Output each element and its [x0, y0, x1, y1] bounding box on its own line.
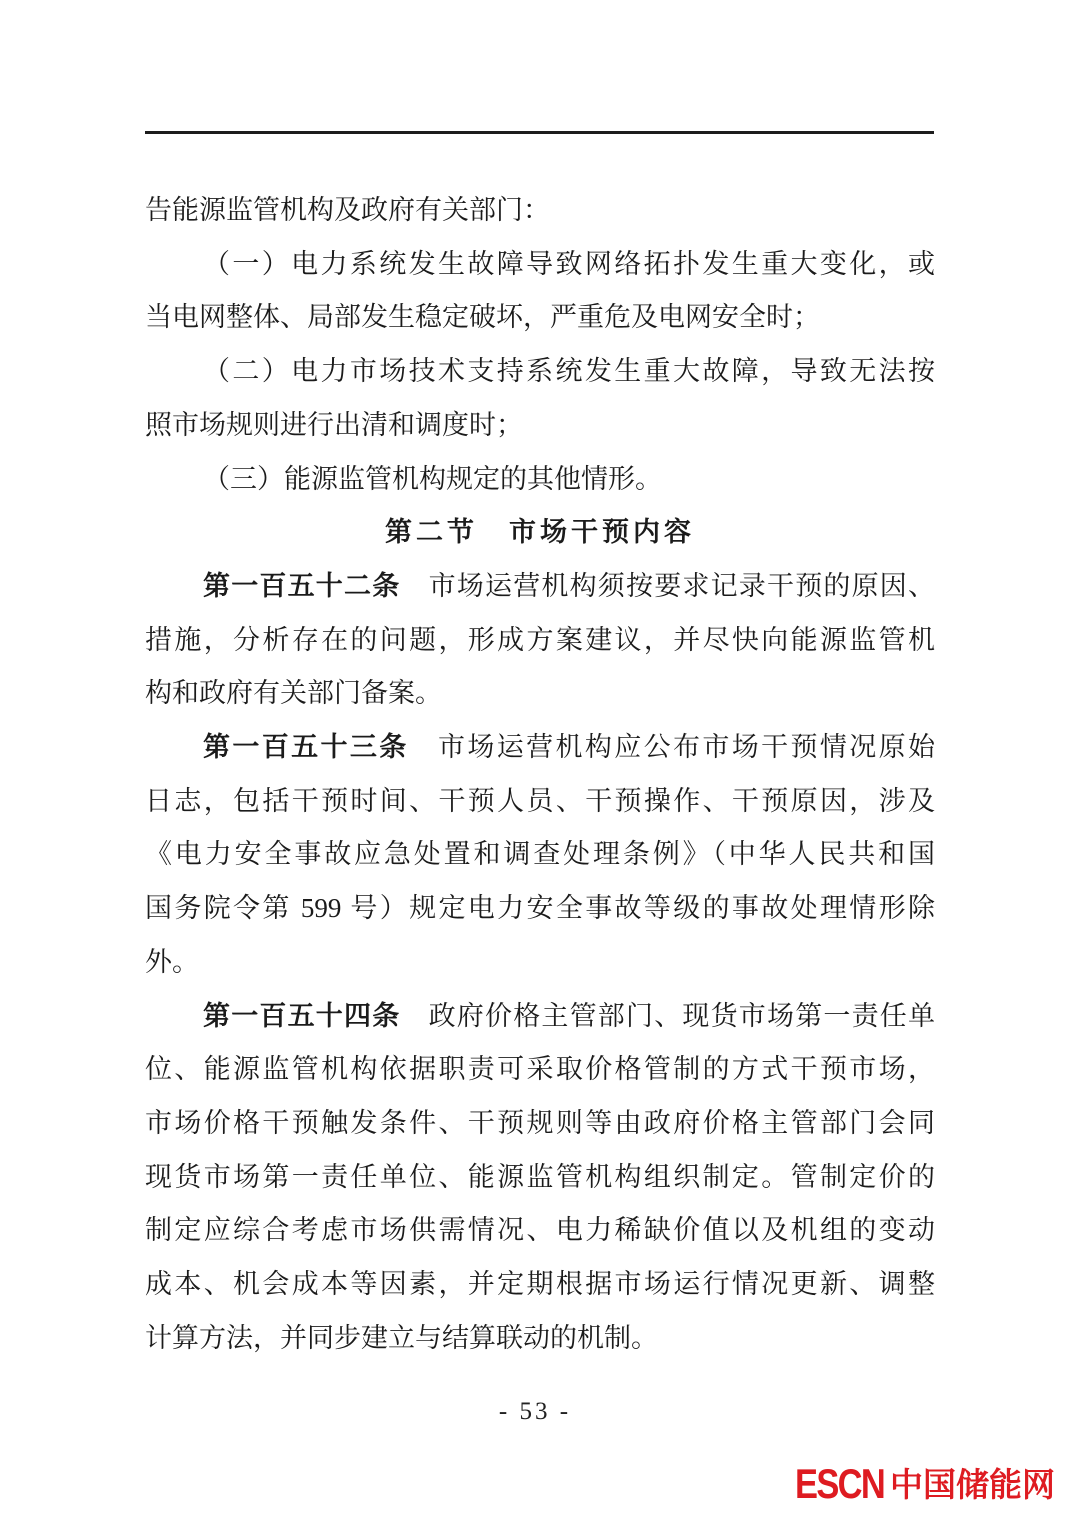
text-line: 第一百五十二条 市场运营机构须按要求记录干预的原因、	[145, 560, 935, 614]
text-segment: 告能源监管机构及政府有关部门：	[145, 195, 550, 225]
text-segment: 构和政府有关部门备案。	[145, 678, 442, 708]
text-segment: 措施，分析存在的问题，形成方案建议，并尽快向能源监管机	[145, 625, 935, 655]
text-segment: 位、能源监管机构依据职责可采取价格管制的方式干预市场，	[145, 1054, 935, 1084]
text-segment-bold: 第二节 市场干预内容	[385, 517, 695, 547]
text-line: 第一百五十四条 政府价格主管部门、现货市场第一责任单	[145, 990, 935, 1044]
text-segment-bold: 第一百五十四条	[203, 1001, 400, 1031]
text-segment-bold: 第一百五十二条	[203, 571, 400, 601]
text-line: 成本、机会成本等因素，并定期根据市场运行情况更新、调整	[145, 1258, 935, 1312]
text-segment: （一）电力系统发生故障导致网络拓扑发生重大变化，或	[203, 249, 935, 279]
text-line: （一）电力系统发生故障导致网络拓扑发生重大变化，或	[145, 238, 935, 292]
text-line: 国务院令第 599 号）规定电力安全事故等级的事故处理情形除	[145, 882, 935, 936]
escn-logo: ESCN 中国储能网	[795, 1463, 1055, 1505]
text-line: 照市场规则进行出清和调度时；	[145, 399, 935, 453]
text-line: 告能源监管机构及政府有关部门：	[145, 184, 935, 238]
document-page: 告能源监管机构及政府有关部门：（一）电力系统发生故障导致网络拓扑发生重大变化，或…	[0, 0, 1080, 1527]
text-line: （二）电力市场技术支持系统发生重大故障，导致无法按	[145, 345, 935, 399]
text-segment-bold: 第一百五十三条	[203, 732, 409, 762]
text-line: 计算方法，并同步建立与结算联动的机制。	[145, 1312, 935, 1366]
text-segment: 政府价格主管部门、现货市场第一责任单	[400, 1001, 935, 1031]
text-segment: 《电力安全事故应急处置和调查处理条例》（中华人民共和国	[145, 839, 935, 869]
text-line: 制定应综合考虑市场供需情况、电力稀缺价值以及机组的变动	[145, 1204, 935, 1258]
text-line: （三）能源监管机构规定的其他情形。	[145, 453, 935, 507]
escn-logo-latin: ESCN	[795, 1463, 884, 1505]
text-line: 日志，包括干预时间、干预人员、干预操作、干预原因，涉及	[145, 775, 935, 829]
text-segment: 现货市场第一责任单位、能源监管机构组织制定。管制定价的	[145, 1162, 935, 1192]
text-line: 位、能源监管机构依据职责可采取价格管制的方式干预市场，	[145, 1043, 935, 1097]
text-line: 当电网整体、局部发生稳定破坏，严重危及电网安全时；	[145, 291, 935, 345]
header-rule	[145, 131, 934, 134]
text-segment: 计算方法，并同步建立与结算联动的机制。	[145, 1323, 658, 1353]
text-line: 外。	[145, 936, 935, 990]
text-line: 构和政府有关部门备案。	[145, 667, 935, 721]
text-segment: 外。	[145, 947, 199, 977]
text-line: 第一百五十三条 市场运营机构应公布市场干预情况原始	[145, 721, 935, 775]
text-segment: 成本、机会成本等因素，并定期根据市场运行情况更新、调整	[145, 1269, 935, 1299]
escn-logo-cjk: 中国储能网	[890, 1468, 1055, 1501]
text-line: 现货市场第一责任单位、能源监管机构组织制定。管制定价的	[145, 1151, 935, 1205]
document-body: 告能源监管机构及政府有关部门：（一）电力系统发生故障导致网络拓扑发生重大变化，或…	[145, 184, 935, 1365]
text-segment: 市场运营机构须按要求记录干预的原因、	[400, 571, 935, 601]
text-segment: （三）能源监管机构规定的其他情形。	[203, 464, 662, 494]
text-line: 措施，分析存在的问题，形成方案建议，并尽快向能源监管机	[145, 614, 935, 668]
text-line: 《电力安全事故应急处置和调查处理条例》（中华人民共和国	[145, 828, 935, 882]
text-segment: 当电网整体、局部发生稳定破坏，严重危及电网安全时；	[145, 302, 820, 332]
text-segment: 市场运营机构应公布市场干预情况原始	[409, 732, 935, 762]
text-line: 市场价格干预触发条件、干预规则等由政府价格主管部门会同	[145, 1097, 935, 1151]
text-segment: 制定应综合考虑市场供需情况、电力稀缺价值以及机组的变动	[145, 1215, 935, 1245]
text-segment: 日志，包括干预时间、干预人员、干预操作、干预原因，涉及	[145, 786, 935, 816]
text-segment: 照市场规则进行出清和调度时；	[145, 410, 523, 440]
page-number: - 53 -	[145, 1398, 925, 1426]
text-segment: （二）电力市场技术支持系统发生重大故障，导致无法按	[203, 356, 935, 386]
text-segment: 市场价格干预触发条件、干预规则等由政府价格主管部门会同	[145, 1108, 935, 1138]
text-segment: 国务院令第 599 号）规定电力安全事故等级的事故处理情形除	[145, 893, 935, 923]
text-line: 第二节 市场干预内容	[145, 506, 935, 560]
